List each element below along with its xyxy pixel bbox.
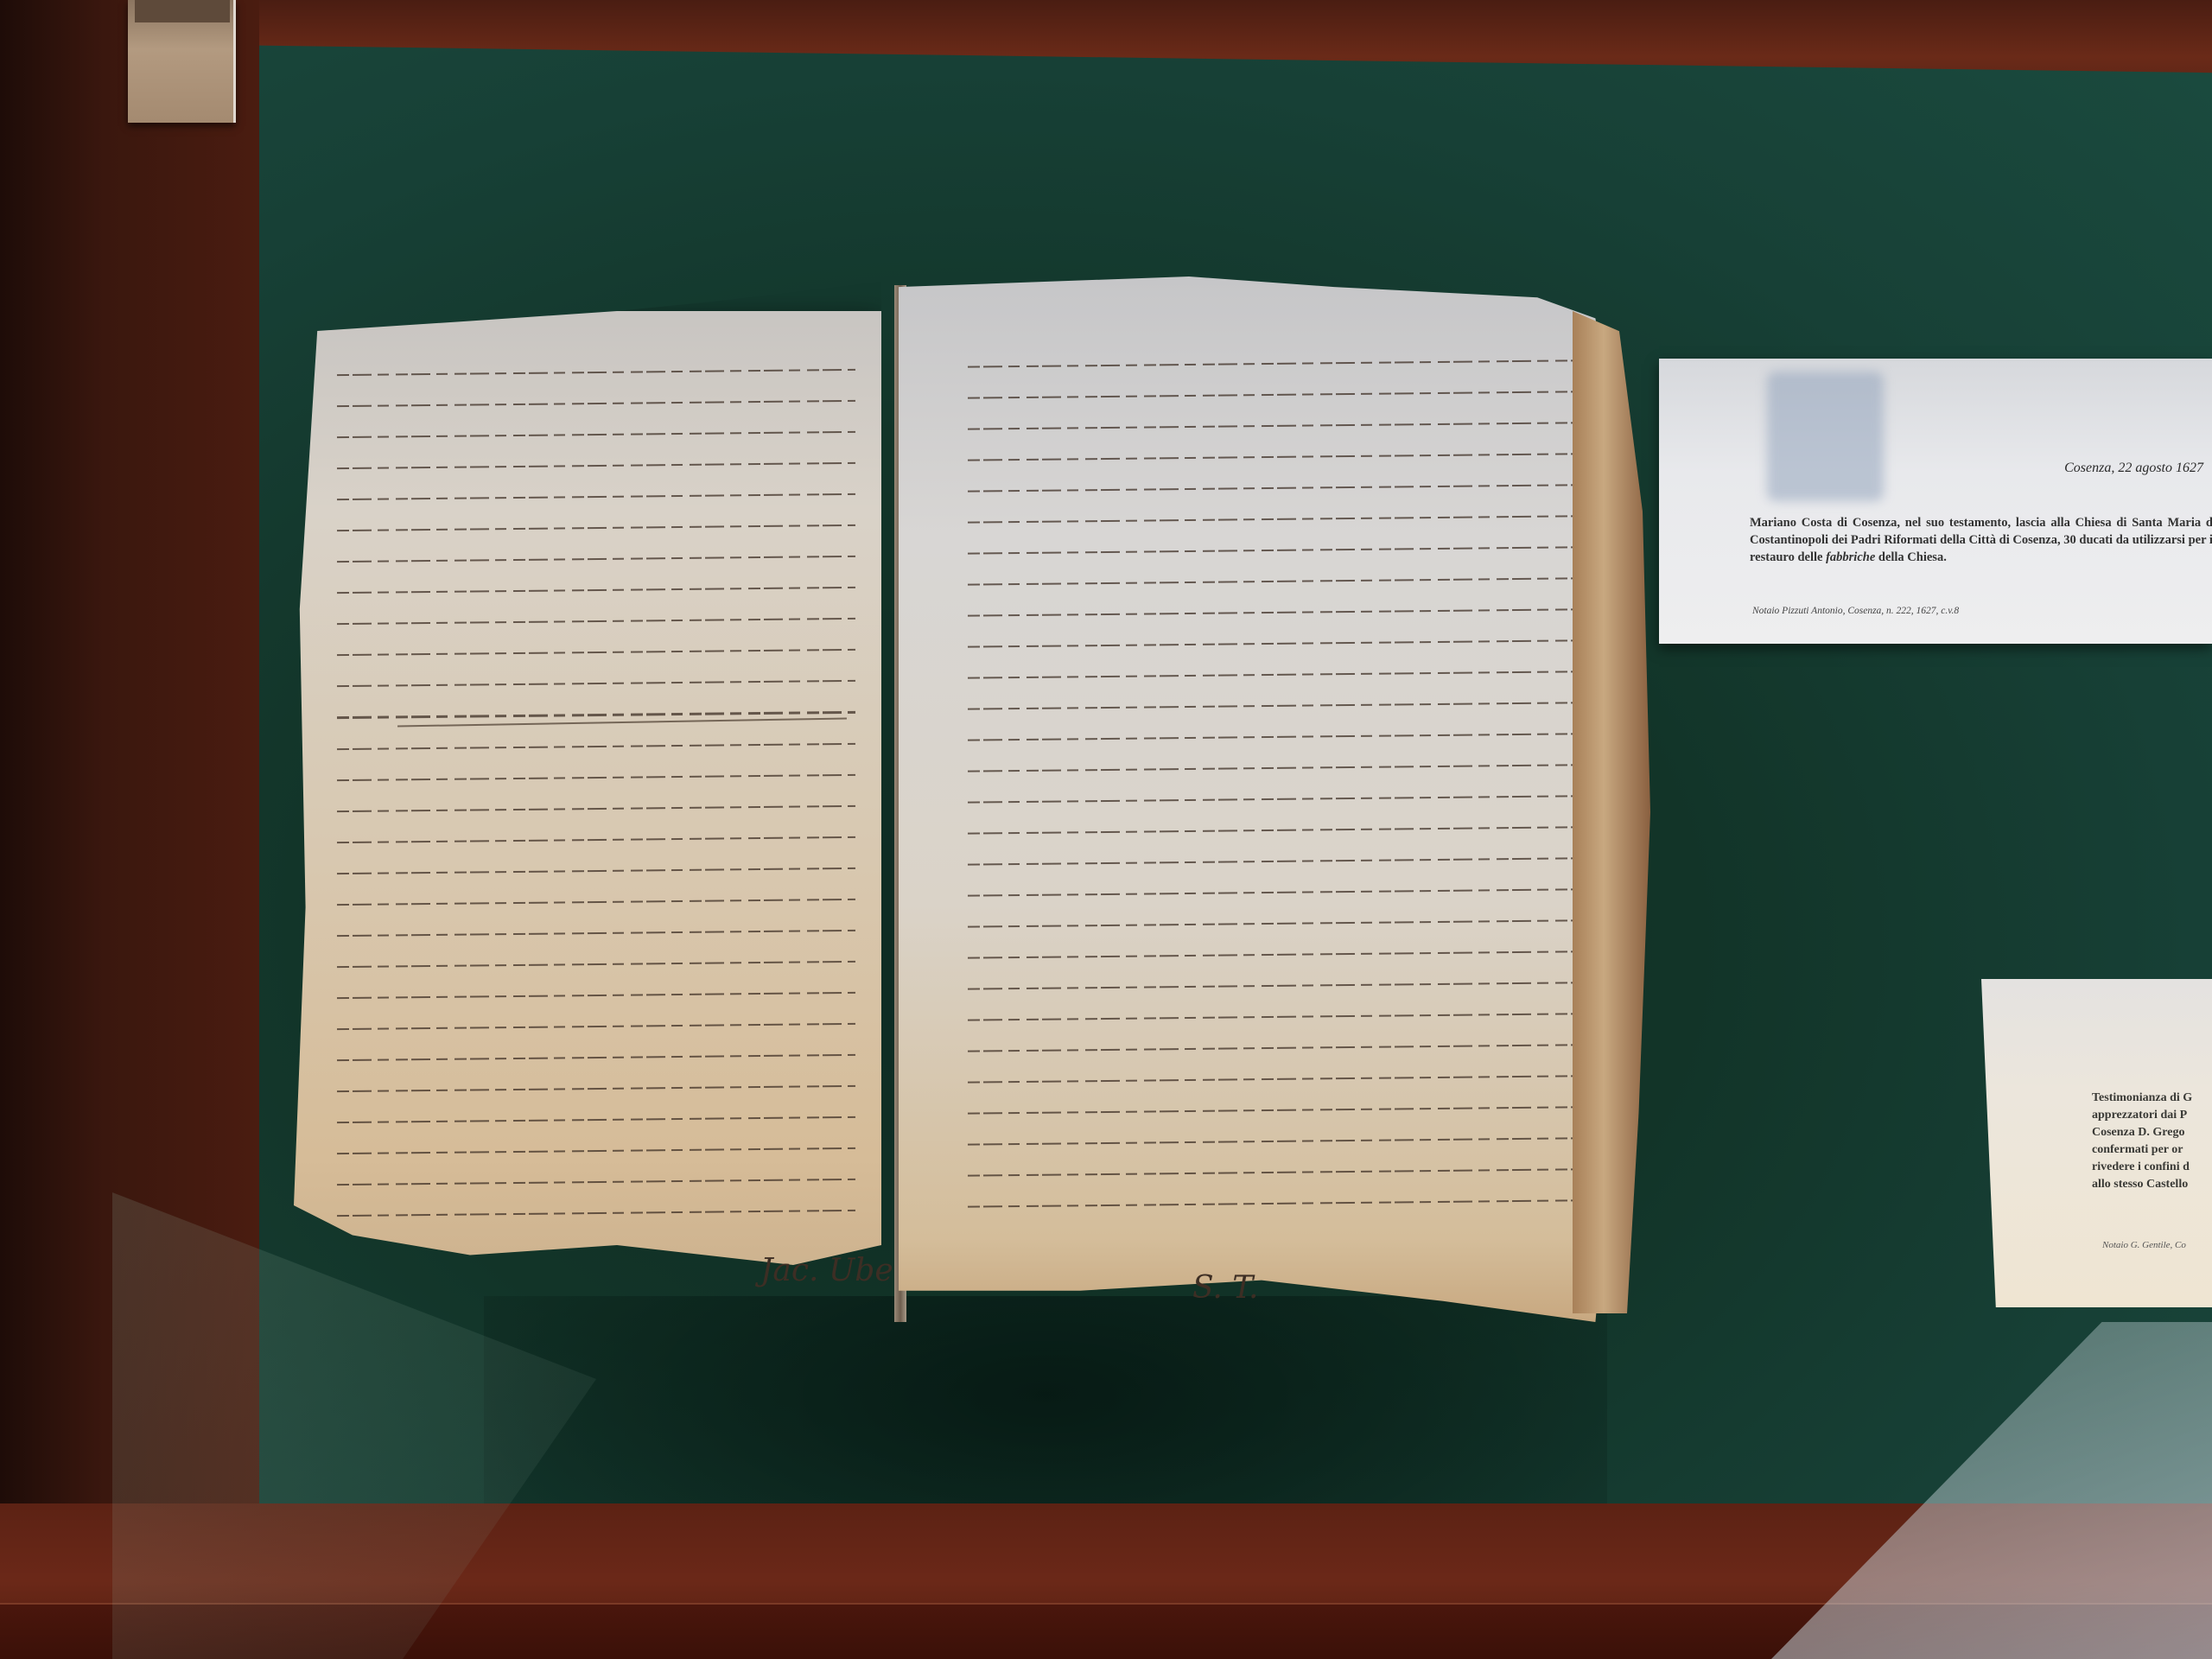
caption-citation: Notaio Pizzuti Antonio, Cosenza, n. 222,…: [1752, 606, 1959, 616]
caption-body: Mariano Costa di Cosenza, nel suo testam…: [1750, 514, 2212, 566]
small-plaque: [128, 0, 236, 123]
left-page-handwriting: [337, 372, 855, 1243]
caption-body-text-end: della Chiesa.: [1875, 550, 1947, 564]
museum-display-photo: Jac. Ube S. T. Cosenza, 22 agosto 1627 M…: [0, 0, 2212, 1659]
glass-reflection: [1767, 372, 1884, 501]
open-manuscript: Jac. Ube S. T.: [259, 276, 1659, 1331]
caption-card-main: Cosenza, 22 agosto 1627 Mariano Costa di…: [1659, 359, 2212, 644]
caption-date: Cosenza, 22 agosto 1627: [2064, 461, 2203, 476]
left-page-signature: Jac. Ube: [760, 1253, 893, 1288]
manuscript-page-edges: [1573, 311, 1650, 1313]
right-page-signature: S. T.: [1192, 1270, 1258, 1306]
caption-card-second: Testimonianza di G apprezzatori dai P Co…: [1981, 979, 2212, 1307]
caption-body-text: Mariano Costa di Cosenza, nel suo testam…: [1750, 516, 2212, 564]
right-page-handwriting: [968, 363, 1573, 1234]
caption-second-citation: Notaio G. Gentile, Co: [2102, 1240, 2186, 1250]
caption-body-italic: fabbriche: [1826, 550, 1875, 564]
caption-second-body: Testimonianza di G apprezzatori dai P Co…: [2092, 1090, 2212, 1193]
plaque-notch: [135, 0, 230, 22]
